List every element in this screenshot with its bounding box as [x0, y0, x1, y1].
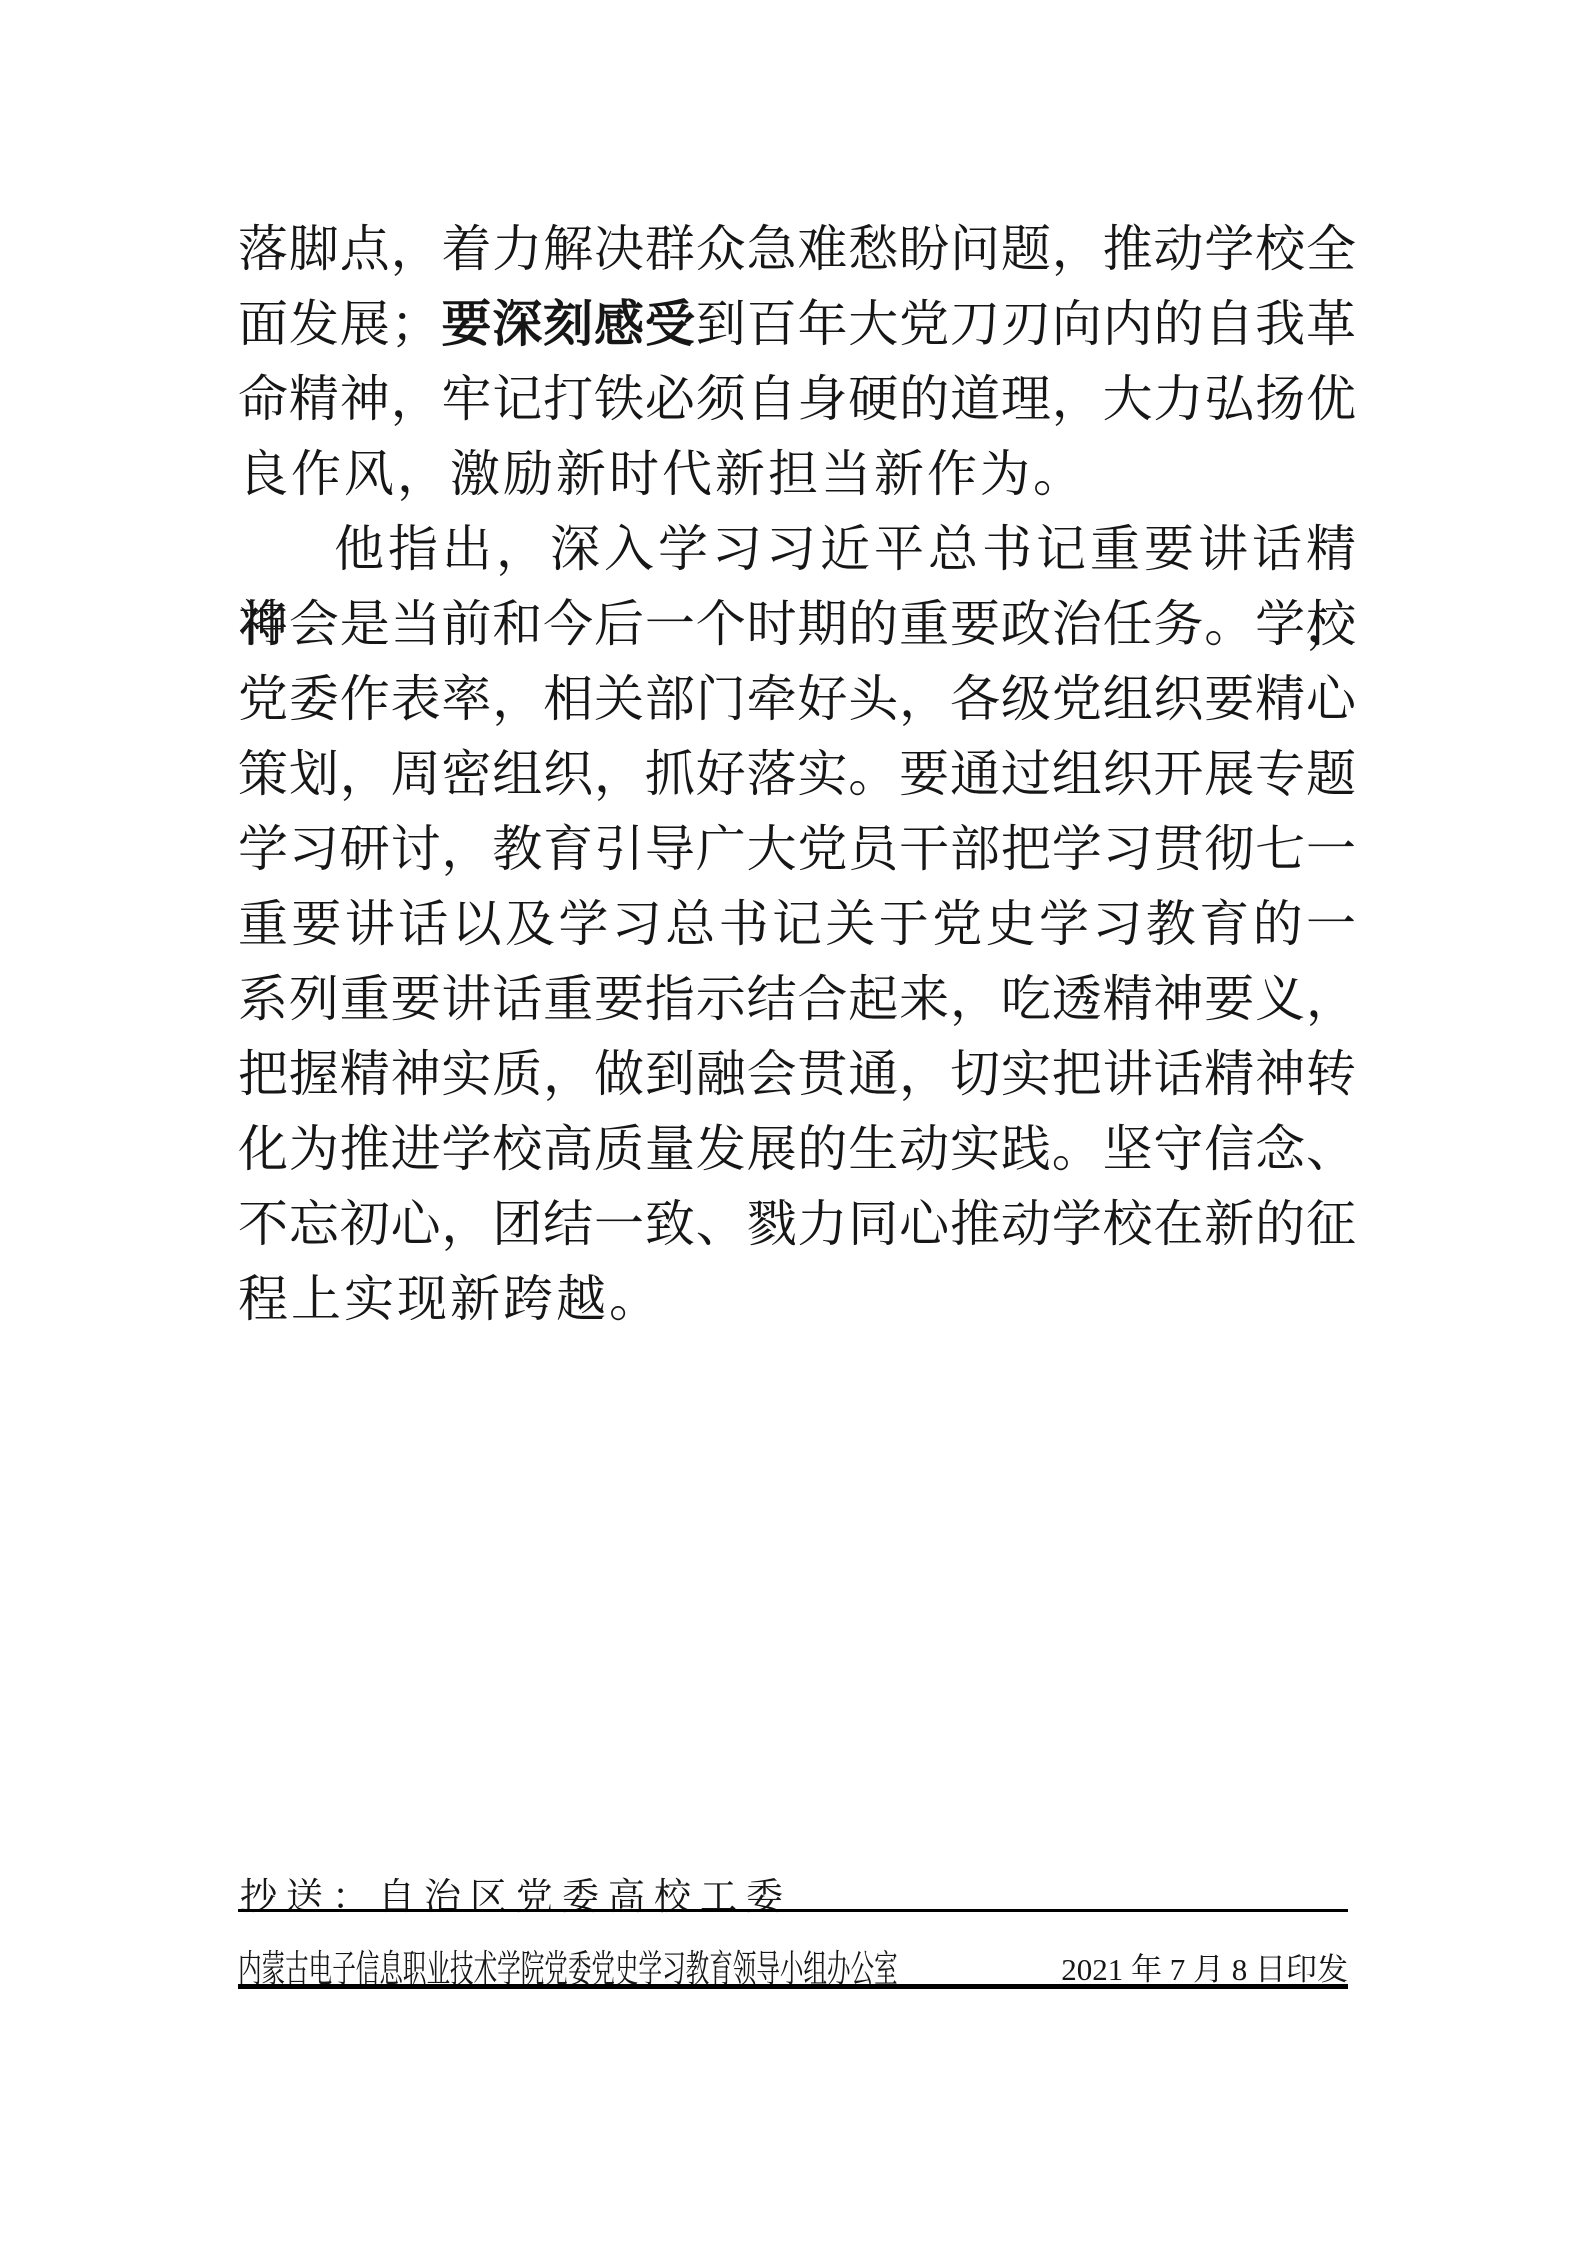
body-text-segment: 重要讲话以及学习总书记关于党史学习教育的一: [238, 896, 1356, 952]
body-text-segment: 到百年大党刀刃向内的自我革: [696, 296, 1356, 352]
body-line: 他指出，深入学习习近平总书记重要讲话精神，: [238, 512, 1356, 587]
body-text-segment: 化为推进学校高质量发展的生动实践。坚守信念、: [238, 1121, 1356, 1177]
body-text-segment: 良作风，激励新时代新担当新作为。: [238, 446, 1086, 502]
document-body: 落脚点，着力解决群众急难愁盼问题，推动学校全面发展；要深刻感受到百年大党刀刃向内…: [238, 212, 1356, 1337]
body-line: 学习研讨，教育引导广大党员干部把学习贯彻七一: [238, 812, 1356, 887]
body-text-segment: 命精神，牢记打铁必须自身硬的道理，大力弘扬优: [238, 371, 1356, 427]
body-line: 把握精神实质，做到融会贯通，切实把讲话精神转: [238, 1037, 1356, 1112]
body-text-segment: 策划，周密组织，抓好落实。要通过组织开展专题: [238, 746, 1356, 802]
body-line: 党委作表率，相关部门牵好头，各级党组织要精心: [238, 662, 1356, 737]
body-line: 良作风，激励新时代新担当新作为。: [238, 437, 1356, 512]
body-text-emphasis: 要深刻感受: [441, 296, 696, 352]
body-line: 重要讲话以及学习总书记关于党史学习教育的一: [238, 887, 1356, 962]
body-line: 将会是当前和今后一个时期的重要政治任务。学校: [238, 587, 1356, 662]
print-date: 2021 年 7 月 8 日印发: [1061, 1944, 1348, 1989]
body-text-segment: 程上实现新跨越。: [238, 1271, 662, 1327]
body-line: 命精神，牢记打铁必须自身硬的道理，大力弘扬优: [238, 362, 1356, 437]
footer-divider-top: [238, 1909, 1348, 1912]
document-page: 落脚点，着力解决群众急难愁盼问题，推动学校全面发展；要深刻感受到百年大党刀刃向内…: [0, 0, 1587, 2245]
body-line: 面发展；要深刻感受到百年大党刀刃向内的自我革: [238, 287, 1356, 362]
body-line: 系列重要讲话重要指示结合起来，吃透精神要义，: [238, 962, 1356, 1037]
body-line: 策划，周密组织，抓好落实。要通过组织开展专题: [238, 737, 1356, 812]
body-text-segment: 把握精神实质，做到融会贯通，切实把讲话精神转: [238, 1046, 1356, 1102]
footer-divider-bottom: [238, 1984, 1348, 1989]
body-text-segment: 党委作表率，相关部门牵好头，各级党组织要精心: [238, 671, 1356, 727]
body-line: 落脚点，着力解决群众急难愁盼问题，推动学校全: [238, 212, 1356, 287]
body-line: 程上实现新跨越。: [238, 1262, 1356, 1337]
body-line: 化为推进学校高质量发展的生动实践。坚守信念、: [238, 1112, 1356, 1187]
body-text-segment: 将会是当前和今后一个时期的重要政治任务。学校: [238, 596, 1356, 652]
body-text-segment: 面发展；: [238, 296, 441, 352]
body-line: 不忘初心，团结一致、戮力同心推动学校在新的征: [238, 1187, 1356, 1262]
body-text-segment: 落脚点，着力解决群众急难愁盼问题，推动学校全: [238, 221, 1356, 277]
body-text-segment: 不忘初心，团结一致、戮力同心推动学校在新的征: [238, 1196, 1356, 1252]
body-text-segment: 系列重要讲话重要指示结合起来，吃透精神要义，: [238, 971, 1356, 1027]
body-text-segment: 学习研讨，教育引导广大党员干部把学习贯彻七一: [238, 821, 1356, 877]
